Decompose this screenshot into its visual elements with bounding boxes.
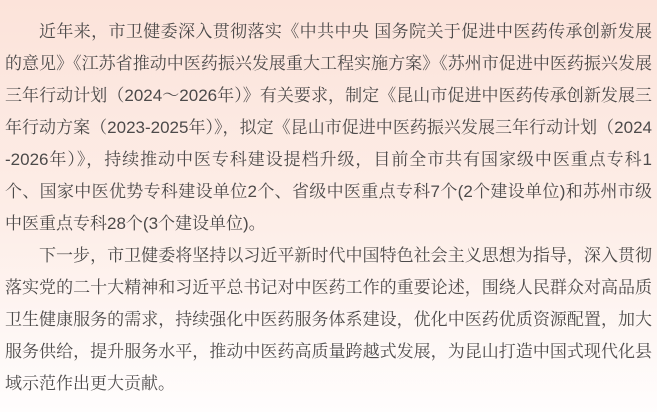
article-body: 近年来，市卫健委深入贯彻落实《中共中央 国务院关于促进中医药传承创新发展的意见》… — [0, 0, 657, 412]
paragraph-2: 下一步，市卫健委将坚持以习近平新时代中国特色社会主义思想为指导，深入贯彻落实党的… — [5, 240, 652, 400]
paragraph-1: 近年来，市卫健委深入贯彻落实《中共中央 国务院关于促进中医药传承创新发展的意见》… — [5, 16, 652, 240]
